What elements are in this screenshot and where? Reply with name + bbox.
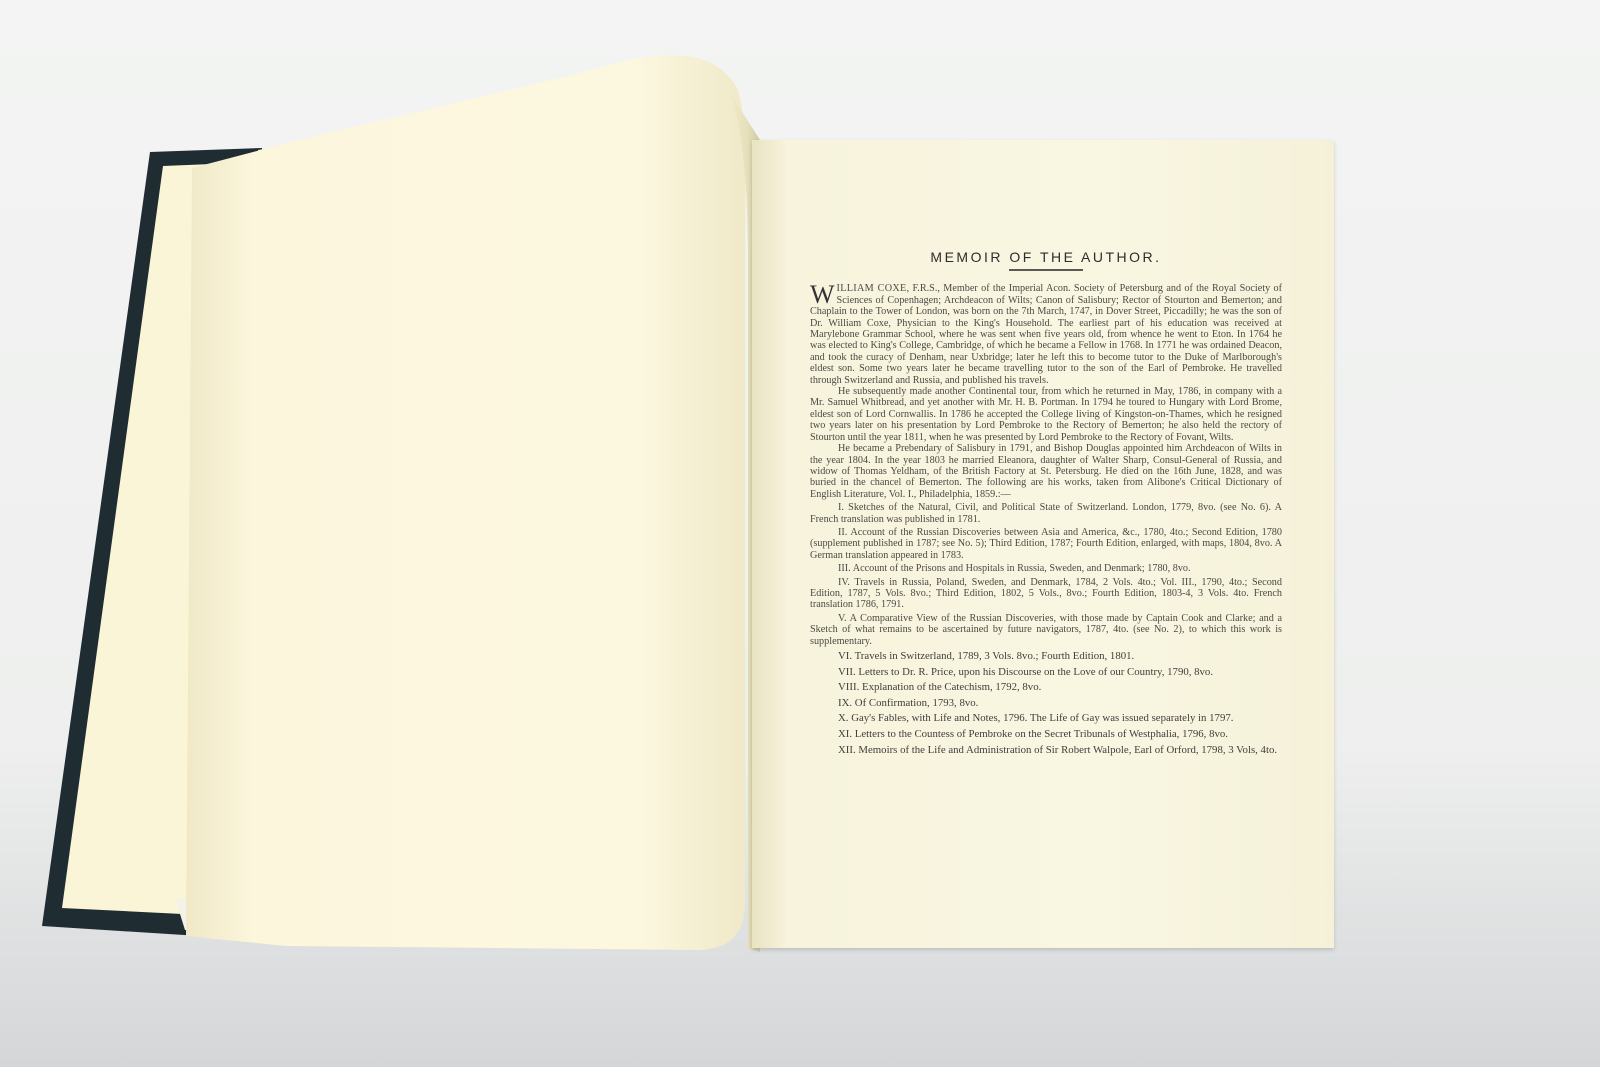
work-item: VII. Letters to Dr. R. Price, upon his D… <box>810 666 1282 679</box>
work-item: X. Gay's Fables, with Life and Notes, 17… <box>810 712 1282 725</box>
author-name: ILLIAM COXE <box>837 283 907 294</box>
work-item: VIII. Explanation of the Catechism, 1792… <box>810 681 1282 694</box>
intro-paragraph: WILLIAM COXE, F.R.S., Member of the Impe… <box>810 283 1282 386</box>
work-item: IV. Travels in Russia, Poland, Sweden, a… <box>810 577 1282 611</box>
work-item: VI. Travels in Switzerland, 1789, 3 Vols… <box>810 650 1282 663</box>
work-item: IX. Of Confirmation, 1793, 8vo. <box>810 697 1282 710</box>
memoir-text: MEMOIR OF THE AUTHOR. WILLIAM COXE, F.R.… <box>810 252 1282 756</box>
page-title: MEMOIR OF THE AUTHOR. <box>810 252 1282 263</box>
work-item: XII. Memoirs of the Life and Administrat… <box>810 744 1282 757</box>
paragraph-2: He subsequently made another Continental… <box>810 386 1282 443</box>
work-item: XI. Letters to the Countess of Pembroke … <box>810 728 1282 741</box>
work-item: I. Sketches of the Natural, Civil, and P… <box>810 502 1282 525</box>
work-item: V. A Comparative View of the Russian Dis… <box>810 613 1282 647</box>
drop-cap: W <box>810 285 835 305</box>
right-page: MEMOIR OF THE AUTHOR. WILLIAM COXE, F.R.… <box>752 140 1334 948</box>
work-item: III. Account of the Prisons and Hospital… <box>810 563 1282 574</box>
paragraph-3: He became a Prebendary of Salisbury in 1… <box>810 443 1282 500</box>
open-book-photo: MEMOIR OF THE AUTHOR. WILLIAM COXE, F.R.… <box>0 0 1600 1067</box>
intro-text: , F.R.S., Member of the Imperial Acon. S… <box>810 283 1282 385</box>
work-item: II. Account of the Russian Discoveries b… <box>810 527 1282 561</box>
left-page <box>186 55 745 950</box>
title-rule <box>1009 269 1083 271</box>
works-list: I. Sketches of the Natural, Civil, and P… <box>810 502 1282 756</box>
